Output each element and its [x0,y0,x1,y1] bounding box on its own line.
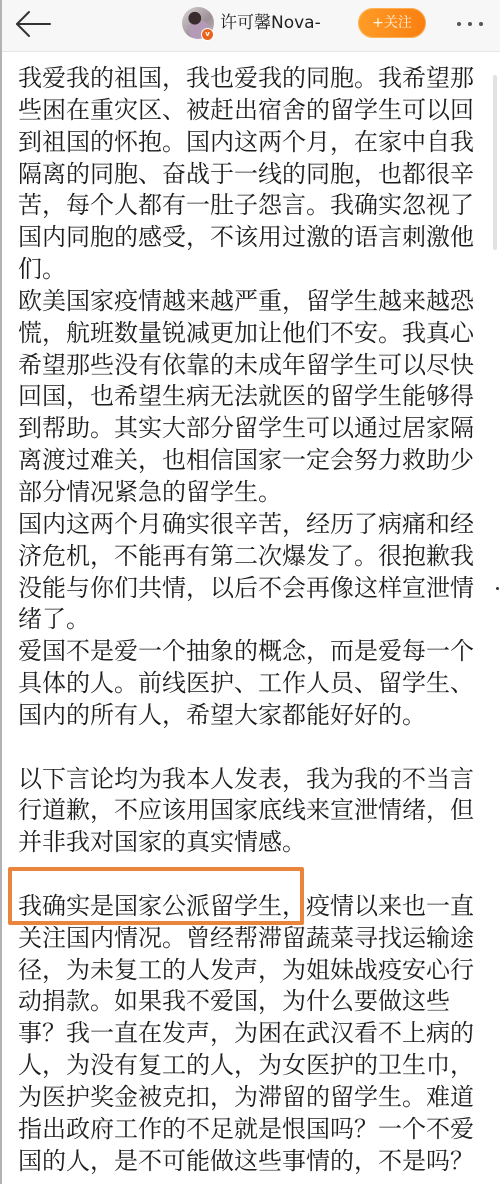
window-left-border [0,0,2,1184]
post-line: 以下言论均为我本人发表，我为我的不当言 [18,764,488,796]
post-line: 国的人，是不可能做这些事情的，不是吗？ [18,1146,488,1178]
post-line: 回国，也希望生病无法就医的留学生能够得 [18,381,488,413]
post-line: 部分情况紧急的留学生。 [18,477,488,509]
username[interactable]: 许可馨Nova- [220,11,321,35]
post-line: 济危机，不能再有第二次爆发了。很抱歉我 [18,541,488,573]
post-line: 具体的人。前线医护、工作人员、留学生、 [18,668,488,700]
post-line: 行道歉，不应该用国家底线来宣泄情绪，但 [18,795,488,827]
blank-line [18,859,488,891]
post-line: 并非我对国家的真实情感。 [18,827,488,859]
post-line: 国内同胞的感受，不该用过激的语言刺激他 [18,222,488,254]
post-line: 绪了。 [18,604,488,636]
post-line: 事？我一直在发声，为困在武汉看不上病的 [18,1018,488,1050]
arrow-left-icon [14,10,54,40]
post-line: 爱国不是爱一个抽象的概念，而是爱每一个 [18,636,488,668]
post-line: 人，为没有复工的人，为女医护的卫生巾， [18,1050,488,1082]
blank-line [18,732,488,764]
post-line: 指出政府工作的不足就是恨国吗？一个不爱 [18,1114,488,1146]
edge-dot [496,587,499,590]
post-body: 我爱我的祖国，我也爱我的同胞。我希望那 些困在重灾区、被赶出宿舍的留学生可以回 … [18,63,488,1178]
verified-badge-icon: v [201,28,214,41]
post-line: 我确实是国家公派留学生，疫情以来也一直 [18,891,488,923]
post-line: 到帮助。其实大部分留学生可以通过居家隔 [18,413,488,445]
scrollbar[interactable] [493,75,497,250]
top-navigation-bar: v 许可馨Nova- +关注 [2,0,500,52]
post-line: 关注国内情况。曾经帮滞留蔬菜寻找运输途 [18,923,488,955]
post-line: 欧美国家疫情越来越严重，留学生越来越恐 [18,286,488,318]
post-line: 慌，航班数量锐减更加让他们不安。我真心 [18,318,488,350]
back-button[interactable] [14,10,54,40]
post-line: 离渡过难关，也相信国家一定会努力救助少 [18,445,488,477]
post-line: 为医护奖金被克扣，为滞留的留学生。难道 [18,1082,488,1114]
post-line: 没能与你们共情，以后不会再像这样宣泄情 [18,573,488,605]
post-line: 到祖国的怀抱。国内这两个月，在家中自我 [18,127,488,159]
post-line: 苦，每个人都有一肚子怨言。我确实忽视了 [18,190,488,222]
follow-button[interactable]: +关注 [358,8,426,38]
post-line: 我爱我的祖国，我也爱我的同胞。我希望那 [18,63,488,95]
post-line: 隔离的同胞、奋战于一线的同胞，也都很辛 [18,159,488,191]
post-line: 们。 [18,254,488,286]
more-options-button[interactable] [450,12,490,36]
post-line: 希望那些没有依靠的未成年留学生可以尽快 [18,350,488,382]
post-line: 些困在重灾区、被赶出宿舍的留学生可以回 [18,95,488,127]
post-line: 径，为未复工的人发声，为姐妹战疫安心行 [18,955,488,987]
post-line: 国内这两个月确实很辛苦，经历了病痛和经 [18,509,488,541]
post-line: 国内的所有人，希望大家都能好好的。 [18,700,488,732]
post-line: 动捐款。如果我不爱国，为什么要做这些 [18,986,488,1018]
